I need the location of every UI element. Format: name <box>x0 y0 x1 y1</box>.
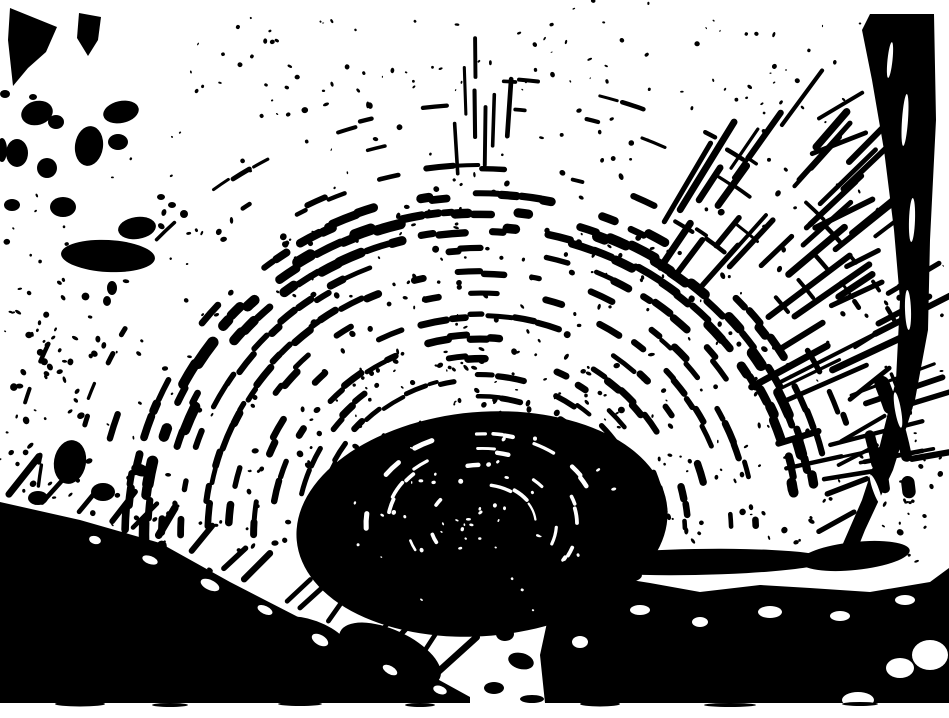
halftone-photo <box>0 0 949 718</box>
otolith-rings-image <box>0 0 949 718</box>
